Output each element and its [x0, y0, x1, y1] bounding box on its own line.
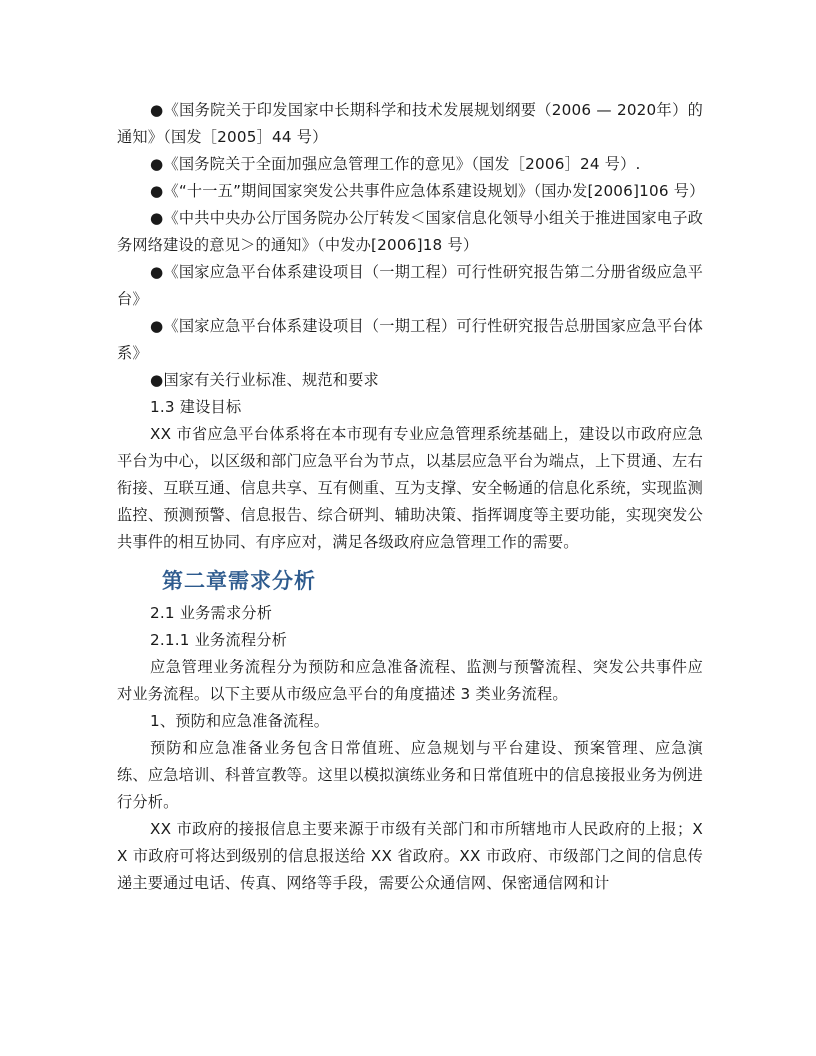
reference-item: ●《国家应急平台体系建设项目（一期工程）可行性研究报告总册国家应急平台体系》 — [117, 313, 703, 367]
section-heading-1-3: 1.3 建设目标 — [117, 394, 703, 421]
body-paragraph: 预防和应急准备业务包含日常值班、应急规划与平台建设、预案管理、应急演练、应急培训… — [117, 735, 703, 816]
reference-item: ●《“十一五”期间国家突发公共事件应急体系建设规划》（国办发[2006]106 … — [117, 178, 703, 205]
reference-item: ●《中共中央办公厅国务院办公厅转发＜国家信息化领导小组关于推进国家电子政务网络建… — [117, 205, 703, 259]
body-paragraph: 应急管理业务流程分为预防和应急准备流程、监测与预警流程、突发公共事件应对业务流程… — [117, 654, 703, 708]
reference-item: ●国家有关行业标准、规范和要求 — [117, 367, 703, 394]
section-body-1-3: XX 市省应急平台体系将在本市现有专业应急管理系统基础上，建设以市政府应急平台为… — [117, 421, 703, 556]
list-heading: 1、预防和应急准备流程。 — [117, 708, 703, 735]
chapter-title: 第二章需求分析 — [117, 565, 703, 597]
reference-item: ●《国务院关于印发国家中长期科学和技术发展规划纲要（2006 — 2020年）的… — [117, 97, 703, 151]
reference-item: ●《国务院关于全面加强应急管理工作的意见》（国发［2006］24 号）. — [117, 151, 703, 178]
body-paragraph: XX 市政府的接报信息主要来源于市级有关部门和市所辖地市人民政府的上报；XX 市… — [117, 816, 703, 897]
document-page: ●《国务院关于印发国家中长期科学和技术发展规划纲要（2006 — 2020年）的… — [117, 97, 703, 897]
section-heading-2-1-1: 2.1.1 业务流程分析 — [117, 627, 703, 654]
reference-item: ●《国家应急平台体系建设项目（一期工程）可行性研究报告第二分册省级应急平台》 — [117, 259, 703, 313]
section-heading-2-1: 2.1 业务需求分析 — [117, 600, 703, 627]
